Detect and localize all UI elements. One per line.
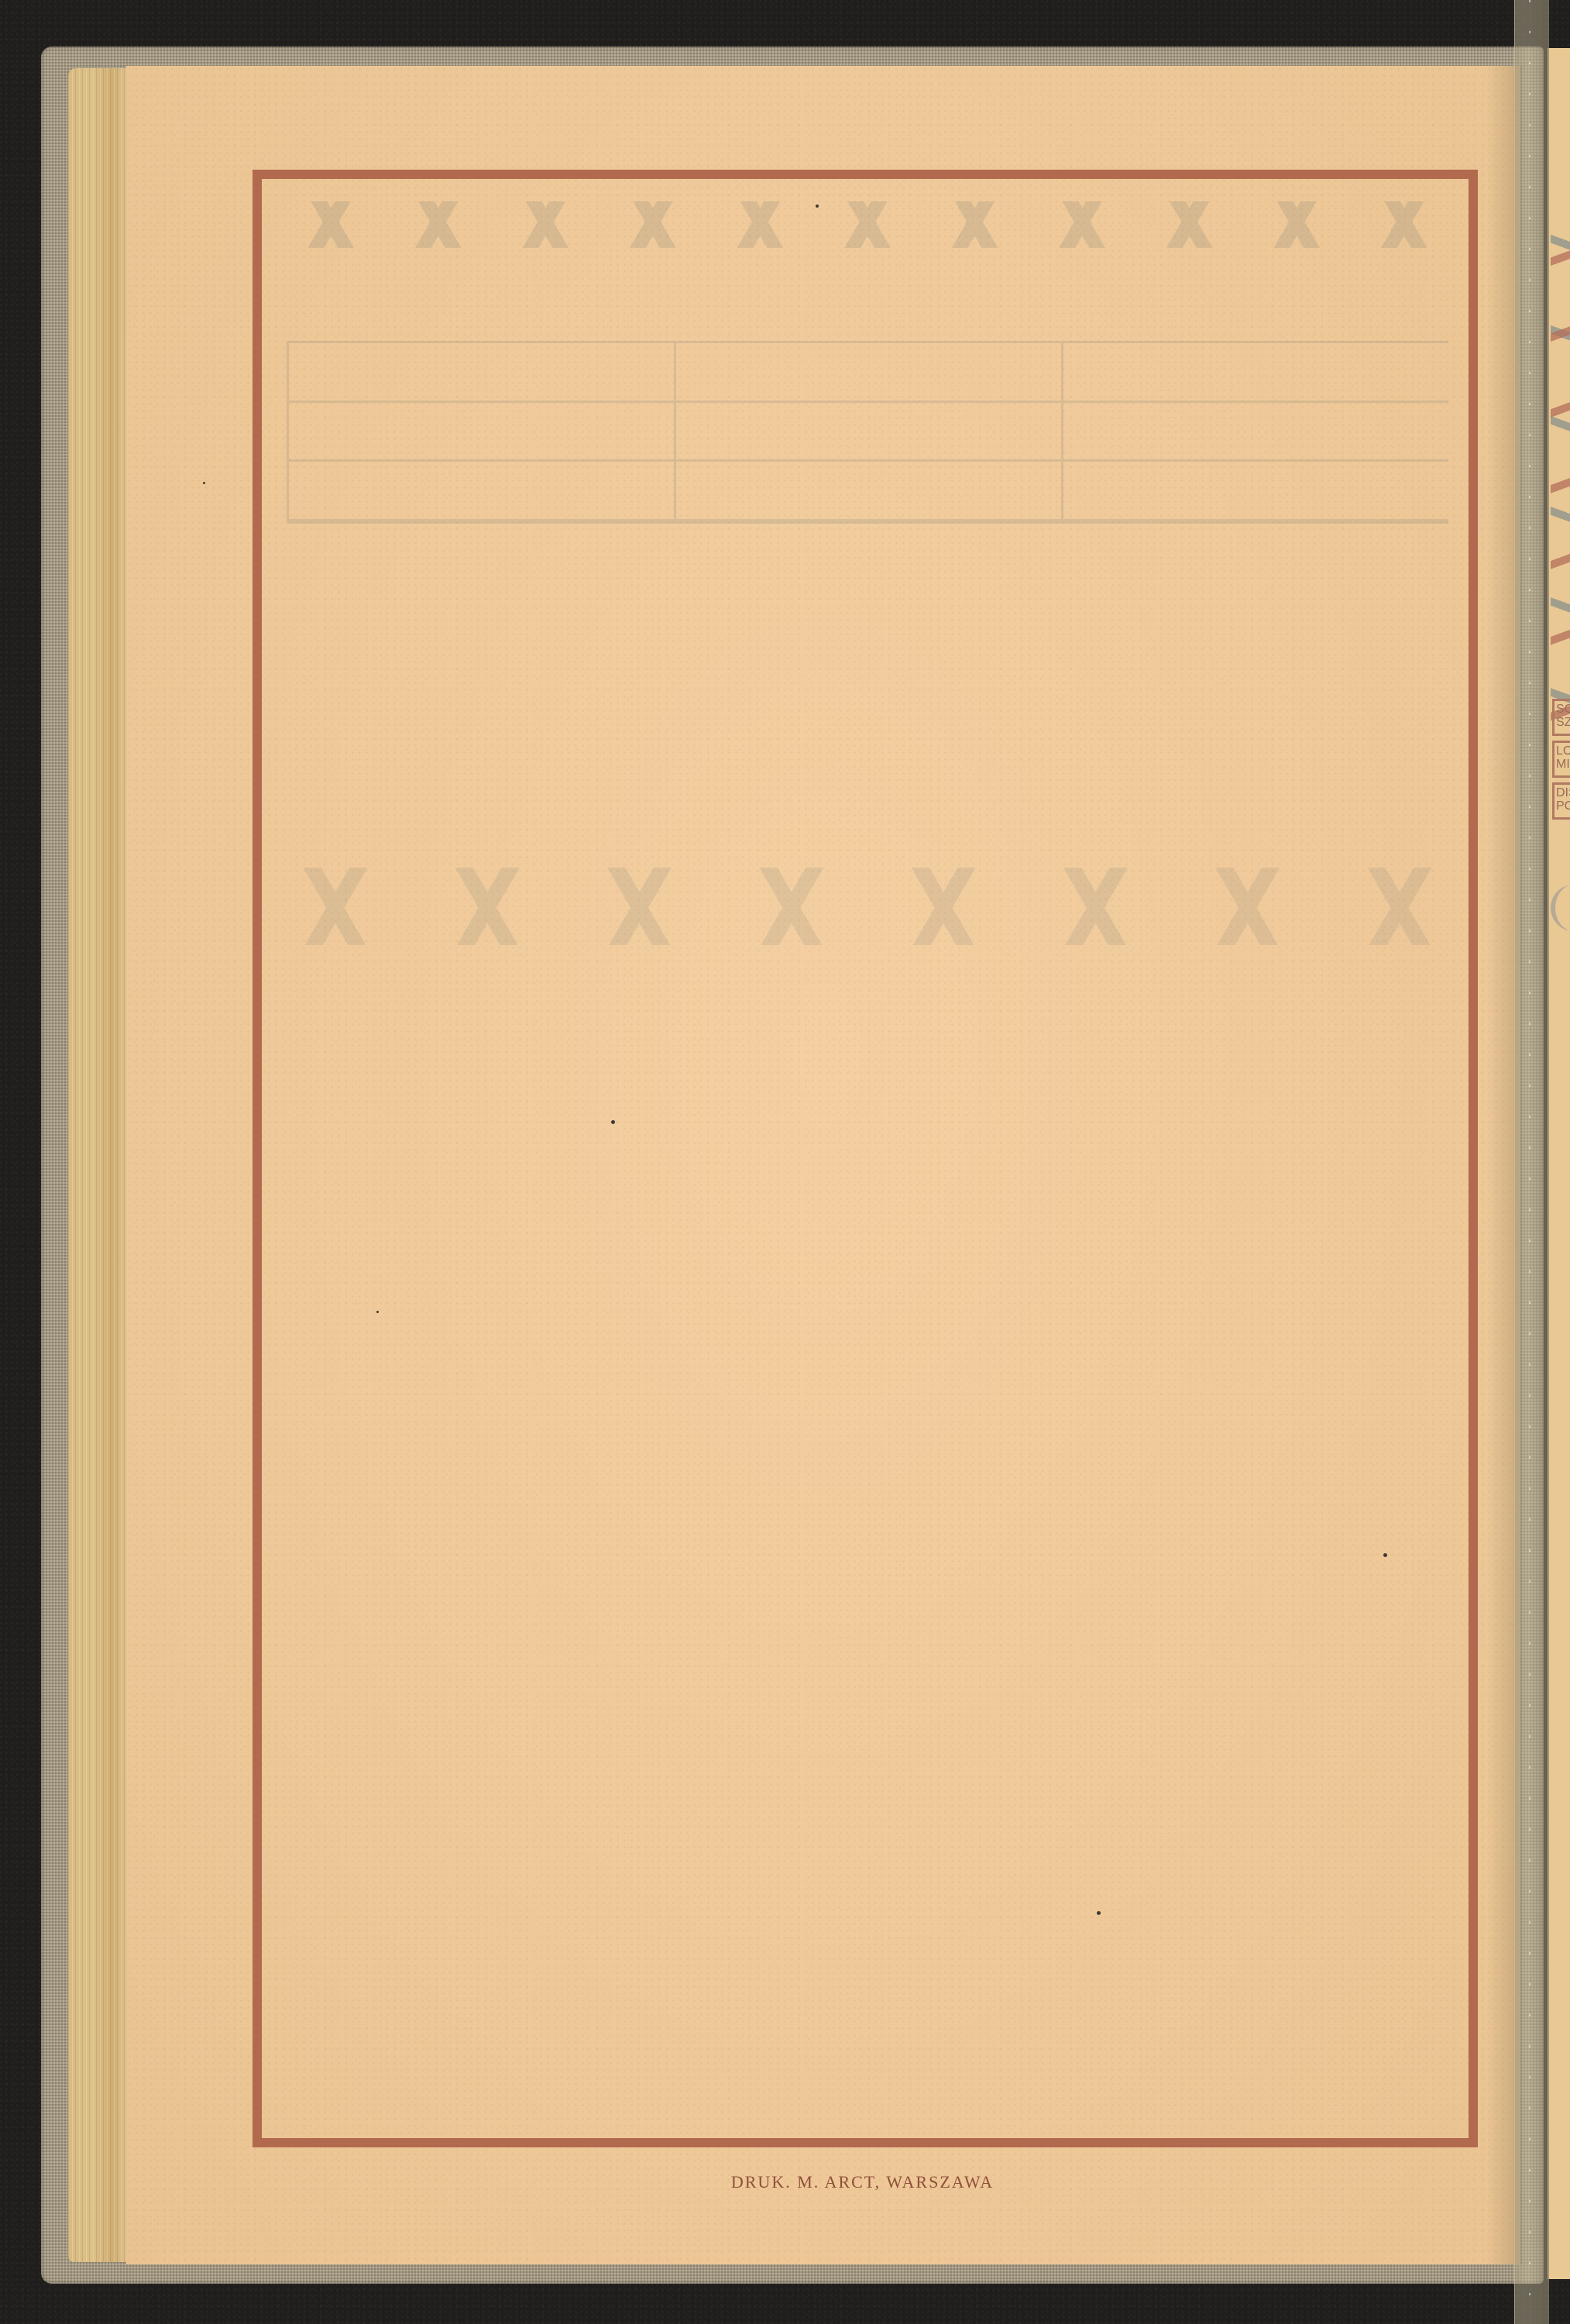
facing-page-labels: SCHO SZKO LOC MIE DIST POW <box>1552 699 1570 820</box>
paper-speck <box>203 482 205 484</box>
paper-speck <box>376 1311 379 1313</box>
facing-page-edge: SCHO SZKO LOC MIE DIST POW <box>1548 48 1570 2279</box>
facing-label-location: LOC MIE <box>1552 741 1570 778</box>
page-stack-edges <box>68 68 130 2262</box>
facing-label-school: SCHO SZKO <box>1552 699 1570 736</box>
facing-page-ornament <box>1551 226 1570 737</box>
paper-speck <box>816 205 819 208</box>
page-border-frame <box>253 170 1478 2147</box>
paper-speck <box>611 1120 615 1124</box>
facing-page-ornament-bottom <box>1551 885 1570 931</box>
printer-imprint: DRUK. M. ARCT, WARSZAWA <box>0 2172 1570 2192</box>
paper-speck <box>1383 1553 1387 1557</box>
facing-label-district: DIST POW <box>1552 782 1570 820</box>
plastic-clip-strip <box>1514 0 1549 2324</box>
paper-speck <box>1097 1911 1101 1915</box>
